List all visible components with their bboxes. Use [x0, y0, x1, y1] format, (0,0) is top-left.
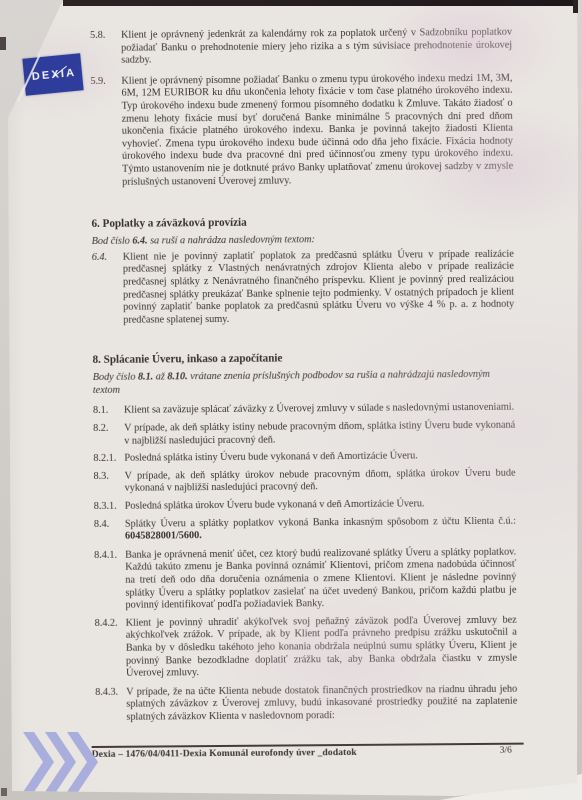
clause-number: 8.1. — [93, 405, 124, 418]
amendment-note-6: Bod číslo 6.4. sa ruší a nahrádza nasled… — [92, 233, 514, 249]
clause-number: 8.4.2. — [95, 618, 125, 631]
scan-edge-strip — [63, 0, 577, 6]
scan-artifact-bottom — [1, 788, 7, 796]
dexia-chevrons-icon — [23, 732, 98, 792]
clause-8-1: 8.1.Klient sa zaväzuje splácať záväzky z… — [93, 402, 515, 418]
footer-page-number: 3/6 — [500, 745, 512, 758]
clause-8-3: 8.3. V prípade, ak deň splátky úrokov ne… — [93, 468, 515, 497]
clause-text: V prípade, že na účte Klienta nebude dos… — [126, 683, 517, 722]
footer-document-reference: Dexia – 1476/04/0411-Dexia Komunál eurof… — [92, 747, 357, 762]
note-mid: až — [153, 372, 167, 383]
section-heading-6: 6. Poplatky a záväzková provízia — [91, 214, 513, 231]
clause-number: 8.2. — [93, 423, 123, 436]
dexia-logo-text: DEXIA — [29, 66, 77, 82]
clause-number: 8.2.1. — [93, 453, 123, 466]
clause-8-3-1: 8.3.1. Posledná splátka úrokov Úveru bud… — [94, 498, 516, 514]
clause-number: 8.3.1. — [94, 501, 124, 514]
clause-number: 8.4.1. — [94, 550, 124, 563]
clause-8-4-2: 8.4.2. Klient je povinný uhradiť akýkoľv… — [95, 614, 517, 680]
amendment-note-8: Body číslo 8.1. až 8.10. vrátane znenia … — [93, 369, 499, 397]
clause-number: 6.4. — [92, 251, 122, 264]
clause-text: Splátky Úveru a splátky poplatkov vykoná… — [125, 515, 516, 529]
clause-number: 8.4. — [94, 518, 124, 531]
clause-text: Klient je oprávnený písomne požiadať Ban… — [121, 72, 513, 187]
note-prefix: Body číslo — [93, 372, 138, 383]
clause-number: 5.9. — [90, 76, 120, 89]
clause-5-8: 5.8. Klient je oprávnený jedenkrát za ka… — [90, 27, 512, 68]
scanned-document-page: 5.8. Klient je oprávnený jedenkrát za ka… — [0, 0, 582, 800]
clause-number: 8.3. — [93, 471, 123, 484]
scan-edge-mark — [573, 0, 578, 13]
clause-6-4: 6.4. Klient nie je povinný zaplatiť popl… — [92, 248, 515, 327]
clause-text: Posledná splátka úrokov Úveru bude vykon… — [125, 498, 425, 511]
note-clause-ref-end: 8.10. — [167, 372, 187, 383]
paper-sheet: 5.8. Klient je oprávnený jedenkrát za ka… — [0, 0, 582, 800]
clause-text: Klient sa zaväzuje splácať záväzky z Úve… — [124, 402, 514, 416]
clause-text: Klient je povinný uhradiť akýkoľvek svoj… — [126, 614, 517, 678]
clause-8-2: 8.2. V prípade, ak deň splátky istiny ne… — [93, 420, 515, 449]
clause-8-4-3: 8.4.3. V prípade, že na účte Klienta neb… — [95, 683, 517, 724]
note-suffix: sa ruší a nahrádza nasledovným textom: — [148, 234, 315, 246]
clause-number: 8.4.3. — [95, 686, 125, 699]
clause-8-2-1: 8.2.1. Posledná splátka istiny Úveru bud… — [93, 450, 515, 466]
note-prefix: Bod číslo — [92, 236, 133, 247]
clause-text: V prípade, ak deň splátky úrokov nebude … — [124, 468, 515, 495]
clause-text: Klient je oprávnený jedenkrát za kalendá… — [121, 27, 512, 66]
chevron-1 — [23, 732, 54, 792]
note-clause-ref-start: 8.1. — [138, 372, 153, 383]
section-heading-8: 8. Splácanie Úveru, inkaso a započítanie — [93, 350, 515, 367]
clause-text: V prípade, ak deň splátky istiny nebude … — [124, 420, 515, 447]
clause-text: Klient nie je povinný zaplatiť poplatok … — [123, 248, 514, 325]
clause-8-4: 8.4. Splátky Úveru a splátky poplatkov v… — [94, 515, 516, 544]
note-clause-ref: 6.4. — [132, 236, 147, 247]
clause-text: Posledná splátka istiny Úveru bude vykon… — [124, 451, 417, 464]
document-body: 5.8. Klient je oprávnený jedenkrát za ka… — [90, 27, 517, 725]
scan-artifact-left — [0, 37, 6, 50]
account-number: 6045828001/5600. — [125, 530, 202, 542]
clause-5-9: 5.9. Klient je oprávnený písomne požiada… — [90, 72, 513, 189]
clause-8-4-1: 8.4.1. Banka je oprávnená meniť účet, ce… — [94, 546, 516, 612]
clause-text: Banka je oprávnená meniť účet, cez ktorý… — [125, 546, 516, 610]
clause-number: 5.8. — [90, 30, 120, 43]
